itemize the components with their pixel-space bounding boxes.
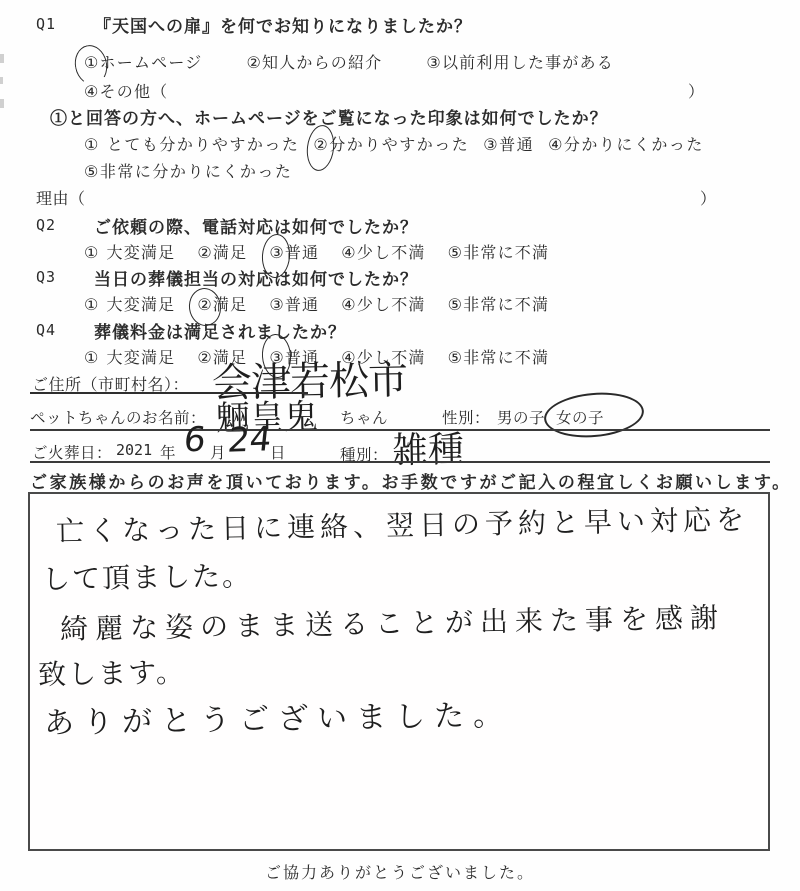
q4-question: 葬儀料金は満足されましたか？ — [94, 318, 346, 343]
q2-option-1-label: 大変満足 — [107, 240, 176, 263]
q2-option-5-label: 非常に不満 — [463, 240, 549, 263]
q1-sub-option-2-hand-circle: ② — [313, 135, 329, 155]
gender-option-female-hand-circle: 女の子 — [556, 406, 604, 428]
q2-option-3-label: 普通 — [285, 240, 319, 263]
q1-option-1-hand-circle: ① — [84, 53, 100, 73]
q2-option-5: ⑤非常に不満 — [448, 240, 550, 263]
q3-option-4-label: 少し不満 — [357, 292, 426, 315]
q3-option-1-label: 大変満足 — [107, 292, 176, 315]
q1-option-2: ②知人からの紹介 — [246, 50, 382, 73]
q1-sub-option-3: ③普通 — [483, 132, 534, 155]
q1-sub-options: ①とても分かりやすかった ②分かりやすかった ③普通 ④分かりにくかった — [84, 132, 704, 155]
cremation-row-underline — [30, 461, 770, 463]
q3-option-3-label: 普通 — [285, 292, 319, 315]
cremation-year-unit: 年 — [160, 441, 176, 463]
cremation-month-unit: 月 — [210, 441, 226, 463]
q4-option-1-label: 大変満足 — [107, 345, 176, 368]
q2-option-4: ④少し不満 — [341, 240, 425, 263]
q1-sub-option-4: ④分かりにくかった — [548, 132, 704, 155]
q3-option-4: ④少し不満 — [341, 292, 425, 315]
q2-option-2-label: 満足 — [213, 240, 247, 263]
q3-option-5-label: 非常に不満 — [463, 292, 549, 315]
reason-close-paren: ） — [700, 186, 716, 209]
species-handwritten-value: 雑種 — [392, 421, 465, 473]
q1-other-close-paren: ） — [688, 79, 704, 102]
q1-sub-option-1: ①とても分かりやすかった — [84, 132, 299, 155]
cremation-date-label: ご火葬日： — [32, 441, 112, 463]
q2-option-1: ①大変満足 — [84, 240, 175, 263]
scan-artifact — [0, 77, 3, 84]
q1-sub-question: ①と回答の方へ、ホームページをご覧になった印象は如何でしたか？ — [50, 104, 608, 129]
q1-sub-option-1-label: とても分かりやすかった — [107, 132, 300, 155]
q3-options: ①大変満足 ②満足 ③普通 ④少し不満 ⑤非常に不満 — [84, 292, 549, 315]
q4-option-5-label: 非常に不満 — [463, 345, 549, 368]
q4-option-1: ①大変満足 — [84, 345, 175, 368]
q2-option-2: ②満足 — [197, 240, 247, 263]
reason-label: 理由（ — [36, 186, 86, 209]
q1-sub-option-5-label: 非常に分かりにくかった — [100, 159, 293, 182]
cremation-month-handwritten: 6 — [182, 420, 208, 461]
q2-option-3-hand-circle: ③ — [269, 243, 285, 263]
q2-option-3: ③普通 — [269, 240, 319, 263]
q1-options: ①ホームページ ②知人からの紹介 ③以前利用した事がある — [84, 50, 614, 73]
q3-option-2-label: 満足 — [213, 292, 247, 315]
q2-question: ご依頼の際、電話対応は如何でしたか？ — [94, 213, 418, 238]
comment-line-3: 綺麗な姿のまま送ることが出来た事を感謝 — [60, 596, 726, 648]
q3-number: Q3 — [36, 268, 56, 286]
cremation-day-unit: 日 — [270, 441, 286, 463]
q2-options: ①大変満足 ②満足 ③普通 ④少し不満 ⑤非常に不満 — [84, 240, 549, 263]
q1-option-1: ①ホームページ — [84, 50, 202, 73]
q1-sub-option-3-label: 普通 — [499, 132, 534, 155]
q3-option-2-hand-circle: ② — [197, 295, 213, 315]
q3-option-3: ③普通 — [269, 292, 319, 315]
family-voice-note: ご家族様からのお声を頂いております。お手数ですがご記入の程宜しくお願いします。 — [30, 468, 792, 493]
comment-line-1: 亡くなった日に連絡、翌日の予約と早い対応を — [56, 498, 750, 550]
q1-option-3: ③以前利用した事がある — [426, 50, 614, 73]
q3-question: 当日の葬儀担当の対応は如何でしたか？ — [94, 265, 418, 290]
pet-name-suffix: ちゃん — [340, 406, 388, 428]
q4-option-5: ⑤非常に不満 — [448, 345, 550, 368]
q1-option-2-label: 知人からの紹介 — [262, 50, 382, 73]
scan-artifact — [0, 54, 4, 63]
q2-option-4-label: 少し不満 — [357, 240, 426, 263]
comment-line-2: して頂ました。 — [42, 554, 253, 598]
q1-sub-option-4-label: 分かりにくかった — [564, 132, 704, 155]
comment-line-4: 致します。 — [38, 651, 186, 694]
q1-sub-option-2: ②分かりやすかった — [313, 132, 469, 155]
gender-option-male: 男の子 — [497, 406, 545, 428]
q1-sub-option-2-label: 分かりやすかった — [329, 132, 469, 155]
q3-option-1: ①大変満足 — [84, 292, 175, 315]
q4-number: Q4 — [36, 321, 56, 339]
q1-sub-option-5: ⑤非常に分かりにくかった — [84, 159, 292, 182]
q1-number: Q1 — [36, 15, 56, 33]
cremation-day-handwritten: 24 — [226, 419, 274, 460]
q1-option-3-label: 以前利用した事がある — [442, 50, 614, 73]
closing-message: ご協力ありがとうございました。 — [0, 860, 800, 883]
scanned-survey-form: Q1 『天国への扉』を何でお知りになりましたか？ ①ホームページ ②知人からの紹… — [0, 0, 800, 891]
cremation-year-value: 2021 — [116, 441, 152, 459]
q2-number: Q2 — [36, 216, 56, 234]
q3-option-5: ⑤非常に不満 — [448, 292, 550, 315]
scan-artifact — [0, 99, 4, 108]
pet-name-label: ペットちゃんのお名前： — [30, 406, 206, 428]
comment-box: 亡くなった日に連絡、翌日の予約と早い対応を して頂ました。 綺麗な姿のまま送るこ… — [28, 492, 770, 851]
q1-question: 『天国への扉』を何でお知りになりましたか？ — [94, 12, 472, 37]
q1-option-1-label: ホームページ — [100, 50, 203, 73]
q1-option-4-label: その他（ — [100, 79, 169, 102]
q1-option-4: ④その他（ — [84, 79, 168, 102]
q3-option-2: ②満足 — [197, 292, 247, 315]
comment-line-5: ありがとうございました。 — [44, 690, 513, 742]
